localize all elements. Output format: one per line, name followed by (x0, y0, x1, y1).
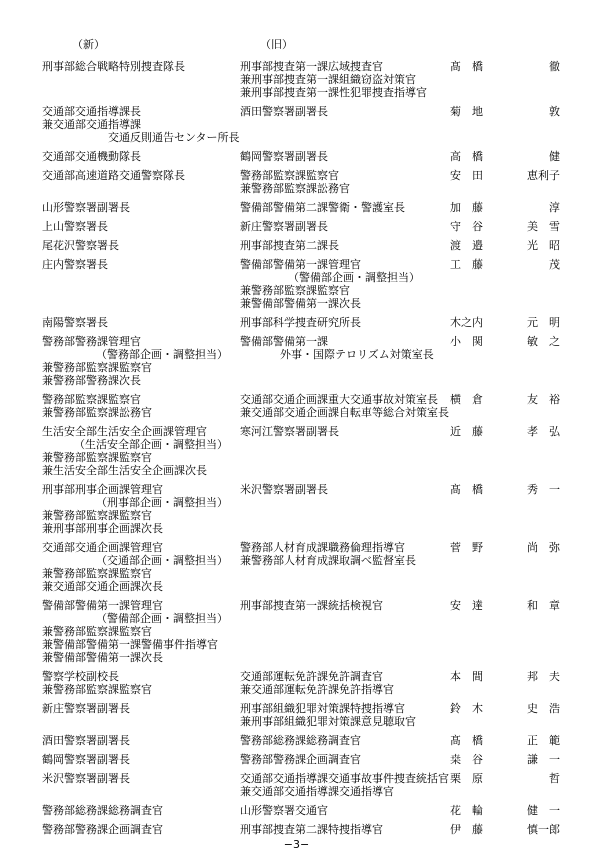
new-position-cell: 米沢警察署副署長 (42, 772, 240, 785)
name-given: 敏 之 (527, 335, 560, 348)
position-line: 刑事部捜査第二課特捜指導官 (240, 823, 450, 836)
position-line: 兼刑事部刑事企画課次長 (42, 522, 240, 535)
position-line: 南陽警察署長 (42, 316, 240, 329)
name-cell: 渡 邉 光 昭 (450, 239, 560, 252)
table-row: 刑事部総合戦略特別捜査隊長 刑事部捜査第一課広域捜査官兼刑事部捜査第一課組織窃盗… (42, 60, 573, 99)
position-line: 刑事部刑事企画課管理官 (42, 483, 240, 496)
name-given: 謙 一 (527, 753, 560, 766)
position-line: 交通反則通告センター所長 (42, 131, 240, 144)
old-position-cell: 刑事部捜査第二課長 (240, 239, 450, 252)
old-position-cell: 警務部人材育成課職務倫理指導官兼警務部人材育成課取調べ監督室長 (240, 541, 450, 567)
name-given: 元 明 (527, 316, 560, 329)
name-cell: 近 藤 孝 弘 (450, 425, 560, 438)
table-row: 上山警察署長 新庄警察署副署長 守 谷 美 雪 (42, 220, 573, 233)
position-line: 刑事部捜査第二課長 (240, 239, 450, 252)
position-line: 警務部監察課監察官 (240, 169, 450, 182)
name-surname: 加 藤 (450, 201, 483, 214)
name-given: 孝 弘 (527, 425, 560, 438)
name-cell: 髙 橋 徹 (450, 60, 560, 73)
name-surname: 高 橋 (450, 150, 483, 163)
new-position-cell: 警務部監察課監察官兼警務部監察課訟務官 (42, 393, 240, 419)
name-given: 健 (549, 150, 560, 163)
position-line: 警務部人材育成課職務倫理指導官 (240, 541, 450, 554)
name-given: 徹 (549, 60, 560, 73)
position-line: 警務部警務課企画調査官 (42, 823, 240, 836)
old-position-cell: 酒田警察署副署長 (240, 105, 450, 118)
position-line: 警察学校副校長 (42, 670, 240, 683)
position-line: （警備部企画・調整担当） (42, 612, 240, 625)
name-cell: 小 関 敏 之 (450, 335, 560, 348)
position-line: 兼生活安全部生活安全企画課次長 (42, 464, 240, 477)
name-cell: 桒 谷 謙 一 (450, 753, 560, 766)
position-line: 山形警察署副署長 (42, 201, 240, 214)
position-line: 寒河江警察署副署長 (240, 425, 450, 438)
name-surname: 安 達 (450, 599, 483, 612)
name-surname: 守 谷 (450, 220, 483, 233)
position-line: 鶴岡警察署副署長 (42, 753, 240, 766)
old-position-cell: 刑事部科学捜査研究所長 (240, 316, 450, 329)
position-line: 警備部警備第一課 (240, 335, 450, 348)
table-row: 交通部交通機動隊長 鶴岡警察署副署長 高 橋 健 (42, 150, 573, 163)
old-position-cell: 警務部総務課総務調査官 (240, 734, 450, 747)
name-given: 恵利子 (527, 169, 560, 182)
table-row: 交通部交通企画課管理官（交通部企画・調整担当）兼警務部監察課監察官兼交通部交通企… (42, 541, 573, 593)
new-position-cell: 山形警察署副署長 (42, 201, 240, 214)
name-surname: 髙 橋 (450, 734, 483, 747)
position-line: 兼警務部警務課次長 (42, 374, 240, 387)
old-position-cell: 警備部警備第二課警衛・警護室長 (240, 201, 450, 214)
position-line: 兼警備部警備第一課次長 (42, 651, 240, 664)
new-position-cell: 警察学校副校長兼警務部監察課監察官 (42, 670, 240, 696)
name-given: 秀 一 (527, 483, 560, 496)
position-line: （警務部企画・調整担当） (42, 348, 240, 361)
name-surname: 花 輪 (450, 804, 483, 817)
name-cell: 工 藤 茂 (450, 258, 560, 271)
old-position-cell: 刑事部捜査第二課特捜指導官 (240, 823, 450, 836)
position-line: 警備部警備第一課管理官 (240, 258, 450, 271)
position-line: 外事・国際テロリズム対策室長 (240, 348, 450, 361)
name-cell: 横 倉 友 裕 (450, 393, 560, 406)
position-line: （交通部企画・調整担当） (42, 554, 240, 567)
new-position-cell: 交通部交通企画課管理官（交通部企画・調整担当）兼警務部監察課監察官兼交通部交通企… (42, 541, 240, 593)
name-cell: 髙 橋 秀 一 (450, 483, 560, 496)
position-line: 兼警務部監察課監察官 (240, 284, 450, 297)
name-surname: 小 関 (450, 335, 483, 348)
position-line: 警務部総務課総務調査官 (42, 804, 240, 817)
position-line: 兼刑事部捜査第一課性犯罪捜査指導官 (240, 86, 450, 99)
old-position-cell: 警務部監察課監察官兼警務部監察課訟務官 (240, 169, 450, 195)
position-line: 山形警察署交通官 (240, 804, 450, 817)
table-row: 南陽警察署長 刑事部科学捜査研究所長 木之内 元 明 (42, 316, 573, 329)
new-position-cell: 上山警察署長 (42, 220, 240, 233)
position-line: 警備部警備第一課管理官 (42, 599, 240, 612)
name-given: 史 浩 (527, 702, 560, 715)
position-line: 兼刑事部捜査第一課組織窃盗対策官 (240, 73, 450, 86)
name-surname: 髙 橋 (450, 60, 483, 73)
name-surname: 菊 地 (450, 105, 483, 118)
name-cell: 安 田 恵利子 (450, 169, 560, 182)
new-position-cell: 尾花沢警察署長 (42, 239, 240, 252)
position-line: 交通部交通指導課交通事故事件捜査統括官 (240, 772, 450, 785)
position-line: （刑事部企画・調整担当） (42, 496, 240, 509)
position-line: 警務部警務課企画調査官 (240, 753, 450, 766)
name-given: 邦 夫 (527, 670, 560, 683)
name-cell: 高 橋 健 (450, 150, 560, 163)
name-given: 友 裕 (527, 393, 560, 406)
name-given: 茂 (549, 258, 560, 271)
position-line: 生活安全部生活安全企画課管理官 (42, 425, 240, 438)
name-given: 慎一郎 (527, 823, 560, 836)
name-cell: 鈴 木 史 浩 (450, 702, 560, 715)
name-given: 健 一 (527, 804, 560, 817)
old-position-cell: 刑事部捜査第一課広域捜査官兼刑事部捜査第一課組織窃盗対策官兼刑事部捜査第一課性犯… (240, 60, 450, 99)
position-line: 兼警務部監察課監察官 (42, 361, 240, 374)
personnel-transfer-list: （新） （旧） 刑事部総合戦略特別捜査隊長 刑事部捜査第一課広域捜査官兼刑事部捜… (42, 38, 573, 842)
name-cell: 花 輪 健 一 (450, 804, 560, 817)
name-given: 尚 弥 (527, 541, 560, 554)
table-row: 山形警察署副署長 警備部警備第二課警衛・警護室長 加 藤 淳 (42, 201, 573, 214)
old-position-cell: 交通部交通企画課重大交通事故対策室長兼交通部交通企画課自転車等総合対策室長 (240, 393, 450, 419)
table-row: 警務部警務課企画調査官 刑事部捜査第二課特捜指導官 伊 藤 慎一郎 (42, 823, 573, 836)
name-surname: 渡 邉 (450, 239, 483, 252)
table-row: 刑事部刑事企画課管理官（刑事部企画・調整担当）兼警務部監察課監察官兼刑事部刑事企… (42, 483, 573, 535)
name-given: 淳 (549, 201, 560, 214)
position-line: 兼刑事部組織犯罪対策課意見聴取官 (240, 715, 450, 728)
position-line: （警備部企画・調整担当） (240, 271, 450, 284)
table-row: 警務部総務課総務調査官 山形警察署交通官 花 輪 健 一 (42, 804, 573, 817)
name-surname: 髙 橋 (450, 483, 483, 496)
position-line: 警務部総務課総務調査官 (240, 734, 450, 747)
name-surname: 鈴 木 (450, 702, 483, 715)
position-line: 交通部交通指導課長 (42, 105, 240, 118)
table-row: 警務部監察課監察官兼警務部監察課訟務官 交通部交通企画課重大交通事故対策室長兼交… (42, 393, 573, 419)
new-position-cell: 生活安全部生活安全企画課管理官（生活安全部企画・調整担当）兼警務部監察課監察官兼… (42, 425, 240, 477)
old-position-cell: 米沢警察署副署長 (240, 483, 450, 496)
position-line: 兼交通部交通企画課自転車等総合対策室長 (240, 406, 450, 419)
table-row: 庄内警察署長 警備部警備第一課管理官（警備部企画・調整担当）兼警務部監察課監察官… (42, 258, 573, 310)
new-position-cell: 警務部警務課管理官（警務部企画・調整担当）兼警務部監察課監察官兼警務部警務課次長 (42, 335, 240, 387)
new-position-cell: 警備部警備第一課管理官（警備部企画・調整担当）兼警務部監察課監察官兼警備部警備第… (42, 599, 240, 664)
position-line: 酒田警察署副署長 (240, 105, 450, 118)
position-line: 酒田警察署副署長 (42, 734, 240, 747)
position-line: 刑事部組織犯罪対策課特捜指導官 (240, 702, 450, 715)
old-position-cell: 新庄警察署副署長 (240, 220, 450, 233)
position-line: 警備部警備第二課警衛・警護室長 (240, 201, 450, 214)
position-line: 兼交通部交通企画課次長 (42, 580, 240, 593)
position-line: 警務部監察課監察官 (42, 393, 240, 406)
old-position-cell: 刑事部捜査第一課統括検視官 (240, 599, 450, 612)
name-given: 和 章 (527, 599, 560, 612)
old-position-cell: 鶴岡警察署副署長 (240, 150, 450, 163)
position-line: （生活安全部企画・調整担当） (42, 438, 240, 451)
table-row: 交通部高速道路交通警察隊長 警務部監察課監察官兼警務部監察課訟務官 安 田 恵利… (42, 169, 573, 195)
name-surname: 安 田 (450, 169, 483, 182)
new-position-cell: 庄内警察署長 (42, 258, 240, 271)
column-header-new: （新） (72, 38, 105, 51)
table-row: 生活安全部生活安全企画課管理官（生活安全部企画・調整担当）兼警務部監察課監察官兼… (42, 425, 573, 477)
position-line: 米沢警察署副署長 (240, 483, 450, 496)
position-line: 尾花沢警察署長 (42, 239, 240, 252)
name-surname: 横 倉 (450, 393, 483, 406)
position-line: 兼警務部監察課訟務官 (42, 406, 240, 419)
name-surname: 伊 藤 (450, 823, 483, 836)
table-row: 交通部交通指導課長兼交通部交通指導課交通反則通告センター所長 酒田警察署副署長 … (42, 105, 573, 144)
old-position-cell: 交通部運転免許課免許調査官兼交通部運転免許課免許指導官 (240, 670, 450, 696)
position-line: 刑事部科学捜査研究所長 (240, 316, 450, 329)
page-number: −3− (0, 838, 593, 851)
position-line: 兼交通部交通指導課交通指導官 (240, 785, 450, 798)
position-line: 交通部高速道路交通警察隊長 (42, 169, 240, 182)
new-position-cell: 交通部交通機動隊長 (42, 150, 240, 163)
name-cell: 伊 藤 慎一郎 (450, 823, 560, 836)
position-line: 兼交通部運転免許課免許指導官 (240, 683, 450, 696)
name-cell: 菊 地 敦 (450, 105, 560, 118)
position-line: 交通部交通企画課管理官 (42, 541, 240, 554)
new-position-cell: 刑事部刑事企画課管理官（刑事部企画・調整担当）兼警務部監察課監察官兼刑事部刑事企… (42, 483, 240, 535)
name-cell: 本 間 邦 夫 (450, 670, 560, 683)
name-surname: 本 間 (450, 670, 483, 683)
new-position-cell: 南陽警察署長 (42, 316, 240, 329)
name-surname: 栗 原 (450, 772, 483, 785)
position-line: 兼警務部監察課監察官 (42, 509, 240, 522)
position-line: 兼警備部警備第一課警備事件指導官 (42, 638, 240, 651)
position-line: 上山警察署長 (42, 220, 240, 233)
new-position-cell: 刑事部総合戦略特別捜査隊長 (42, 60, 240, 73)
position-line: 交通部運転免許課免許調査官 (240, 670, 450, 683)
old-position-cell: 警備部警備第一課外事・国際テロリズム対策室長 (240, 335, 450, 361)
table-row: 警務部警務課管理官（警務部企画・調整担当）兼警務部監察課監察官兼警務部警務課次長… (42, 335, 573, 387)
name-cell: 安 達 和 章 (450, 599, 560, 612)
table-row: 鶴岡警察署副署長 警務部警務課企画調査官 桒 谷 謙 一 (42, 753, 573, 766)
new-position-cell: 酒田警察署副署長 (42, 734, 240, 747)
position-line: 新庄警察署副署長 (240, 220, 450, 233)
table-row: 警察学校副校長兼警務部監察課監察官 交通部運転免許課免許調査官兼交通部運転免許課… (42, 670, 573, 696)
position-line: 交通部交通企画課重大交通事故対策室長 (240, 393, 450, 406)
rows: 刑事部総合戦略特別捜査隊長 刑事部捜査第一課広域捜査官兼刑事部捜査第一課組織窃盗… (42, 60, 573, 836)
old-position-cell: 警務部警務課企画調査官 (240, 753, 450, 766)
table-row: 米沢警察署副署長 交通部交通指導課交通事故事件捜査統括官兼交通部交通指導課交通指… (42, 772, 573, 798)
name-given: 正 範 (527, 734, 560, 747)
name-surname: 工 藤 (450, 258, 483, 271)
name-cell: 守 谷 美 雪 (450, 220, 560, 233)
position-line: 兼交通部交通指導課 (42, 118, 240, 131)
column-header-old: （旧） (260, 38, 293, 51)
name-cell: 髙 橋 正 範 (450, 734, 560, 747)
position-line: 庄内警察署長 (42, 258, 240, 271)
column-headers: （新） （旧） (42, 38, 573, 51)
new-position-cell: 交通部高速道路交通警察隊長 (42, 169, 240, 182)
position-line: 米沢警察署副署長 (42, 772, 240, 785)
position-line: 兼警務部監察課監察官 (42, 567, 240, 580)
new-position-cell: 警務部総務課総務調査官 (42, 804, 240, 817)
name-surname: 菅 野 (450, 541, 483, 554)
position-line: 兼警務部人材育成課取調べ監督室長 (240, 554, 450, 567)
name-surname: 木之内 (450, 316, 483, 329)
table-row: 酒田警察署副署長 警務部総務課総務調査官 髙 橋 正 範 (42, 734, 573, 747)
name-cell: 栗 原 哲 (450, 772, 560, 785)
old-position-cell: 山形警察署交通官 (240, 804, 450, 817)
table-row: 新庄警察署副署長 刑事部組織犯罪対策課特捜指導官兼刑事部組織犯罪対策課意見聴取官… (42, 702, 573, 728)
name-surname: 桒 谷 (450, 753, 483, 766)
name-given: 哲 (549, 772, 560, 785)
position-line: 鶴岡警察署副署長 (240, 150, 450, 163)
position-line: 交通部交通機動隊長 (42, 150, 240, 163)
new-position-cell: 新庄警察署副署長 (42, 702, 240, 715)
position-line: 刑事部捜査第一課統括検視官 (240, 599, 450, 612)
name-given: 光 昭 (527, 239, 560, 252)
name-given: 敦 (549, 105, 560, 118)
new-position-cell: 鶴岡警察署副署長 (42, 753, 240, 766)
table-row: 警備部警備第一課管理官（警備部企画・調整担当）兼警務部監察課監察官兼警備部警備第… (42, 599, 573, 664)
position-line: 兼警務部監察課訟務官 (240, 182, 450, 195)
new-position-cell: 交通部交通指導課長兼交通部交通指導課交通反則通告センター所長 (42, 105, 240, 144)
name-surname: 近 藤 (450, 425, 483, 438)
table-row: 尾花沢警察署長 刑事部捜査第二課長 渡 邉 光 昭 (42, 239, 573, 252)
position-line: 刑事部捜査第一課広域捜査官 (240, 60, 450, 73)
position-line: 新庄警察署副署長 (42, 702, 240, 715)
position-line: 兼警務部監察課監察官 (42, 625, 240, 638)
document-page: （新） （旧） 刑事部総合戦略特別捜査隊長 刑事部捜査第一課広域捜査官兼刑事部捜… (0, 0, 593, 865)
name-cell: 菅 野 尚 弥 (450, 541, 560, 554)
position-line: 刑事部総合戦略特別捜査隊長 (42, 60, 240, 73)
name-given: 美 雪 (527, 220, 560, 233)
position-line: 兼警備部警備第一課次長 (240, 297, 450, 310)
name-cell: 木之内 元 明 (450, 316, 560, 329)
old-position-cell: 刑事部組織犯罪対策課特捜指導官兼刑事部組織犯罪対策課意見聴取官 (240, 702, 450, 728)
old-position-cell: 警備部警備第一課管理官（警備部企画・調整担当）兼警務部監察課監察官兼警備部警備第… (240, 258, 450, 310)
position-line: 兼警務部監察課監察官 (42, 451, 240, 464)
new-position-cell: 警務部警務課企画調査官 (42, 823, 240, 836)
old-position-cell: 寒河江警察署副署長 (240, 425, 450, 438)
position-line: 兼警務部監察課監察官 (42, 683, 240, 696)
position-line: 警務部警務課管理官 (42, 335, 240, 348)
old-position-cell: 交通部交通指導課交通事故事件捜査統括官兼交通部交通指導課交通指導官 (240, 772, 450, 798)
name-cell: 加 藤 淳 (450, 201, 560, 214)
